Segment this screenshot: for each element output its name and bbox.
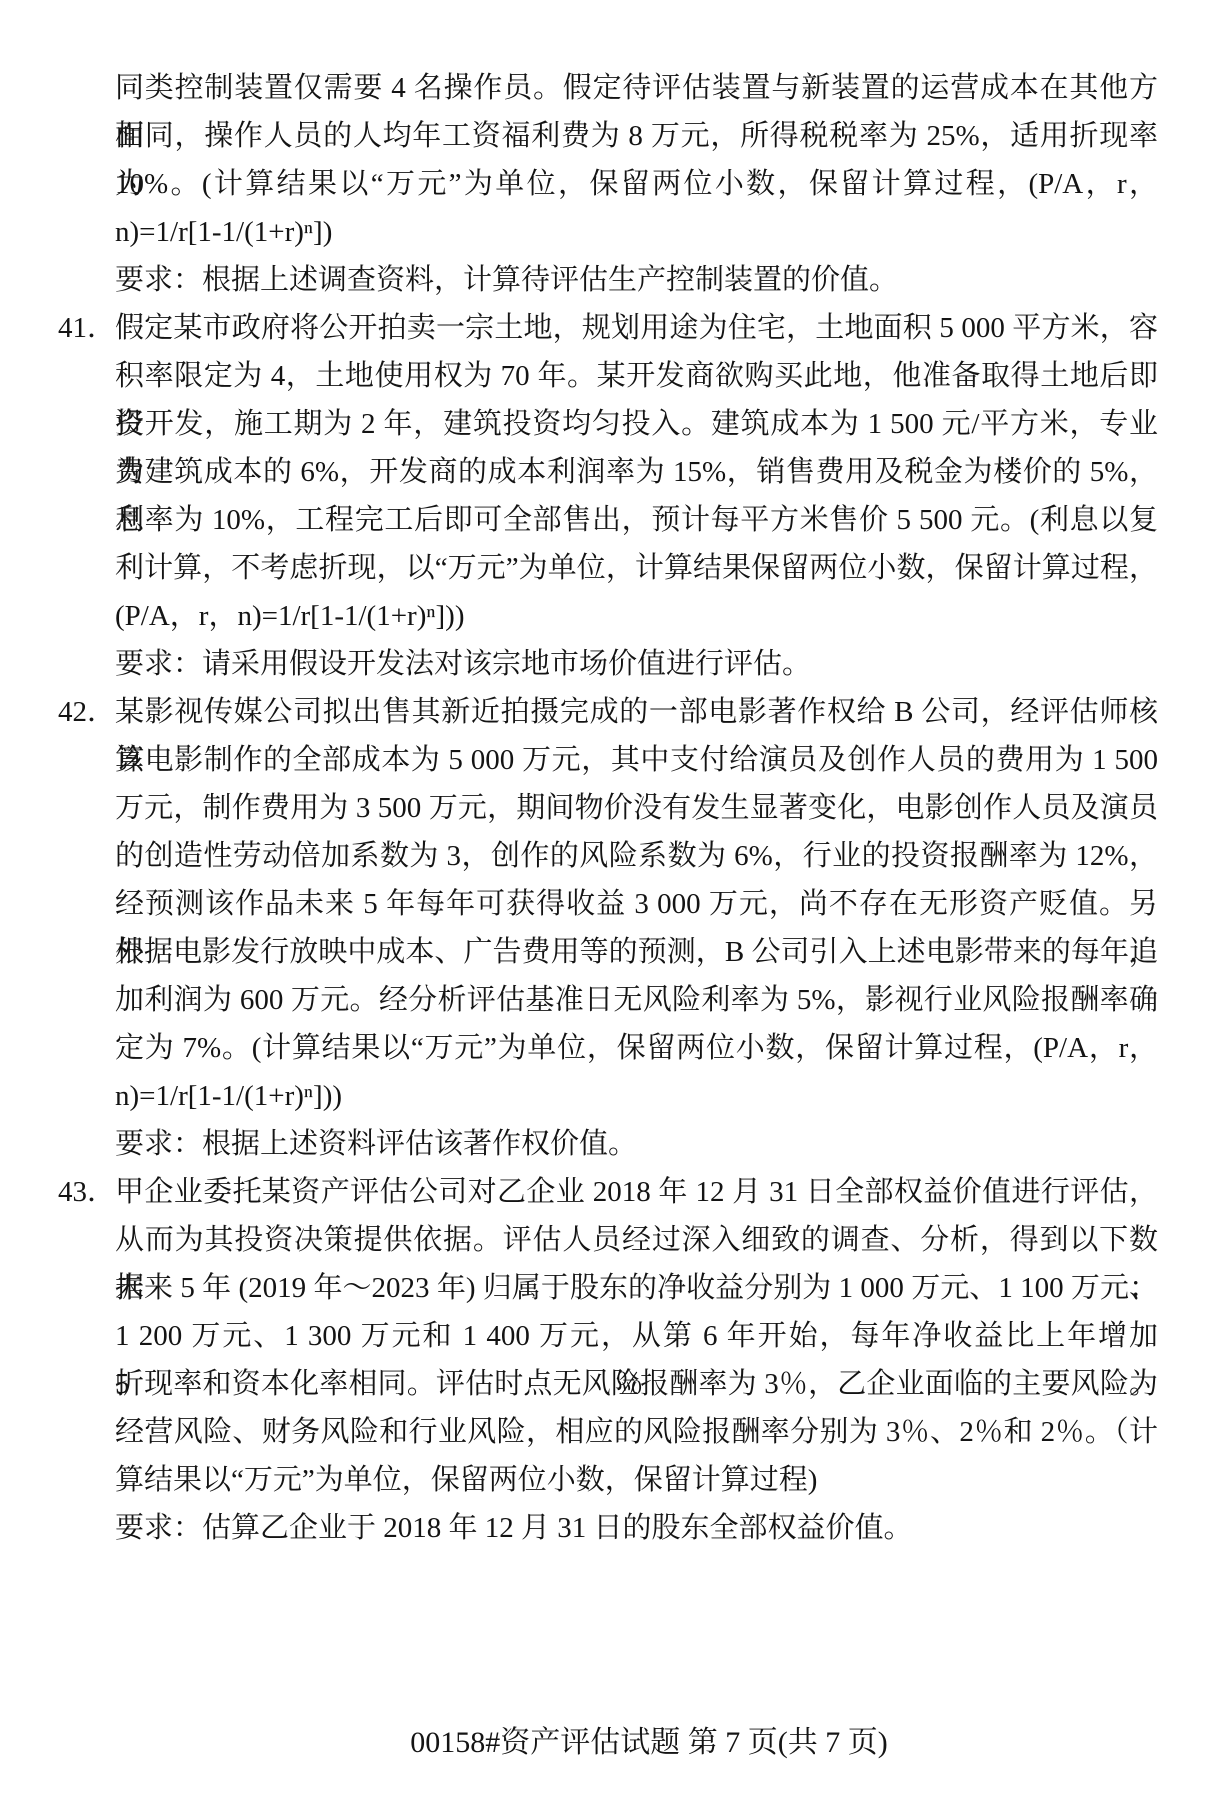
- q42-formula-line: n)=1/r[1-1/(1+r)ⁿ])): [115, 1072, 1158, 1120]
- q41-line-4: 为建筑成本的 6%，开发商的成本利润率为 15%，销售费用及税金为楼价的 5%，…: [115, 448, 1158, 496]
- q41-number: 41．: [58, 304, 116, 352]
- q41-line-3: 资开发，施工期为 2 年，建筑投资均匀投入。建筑成本为 1 500 元/平方米，…: [115, 400, 1158, 448]
- q41-line-5: 息率为 10%，工程完工后即可全部售出，预计每平方米售价 5 500 元。(利息…: [115, 496, 1158, 544]
- q43-line-5: 折现率和资本化率相同。评估时点无风险报酬率为 3％，乙企业面临的主要风险为: [115, 1360, 1158, 1408]
- q42-requirement: 要求：根据上述资料评估该著作权价值。: [115, 1120, 1158, 1168]
- q41-requirement: 要求：请采用假设开发法对该宗地市场价值进行评估。: [115, 640, 1158, 688]
- q41-first-line: 41．假定某市政府将公开拍卖一宗土地，规划用途为住宅，土地面积 5 000 平方…: [115, 304, 1158, 352]
- q43-number: 43．: [58, 1168, 116, 1216]
- page-footer: 00158#资产评估试题 第 7 页(共 7 页): [40, 1719, 1218, 1767]
- q41-line-1: 假定某市政府将公开拍卖一宗土地，规划用途为住宅，土地面积 5 000 平方米，容: [115, 312, 1158, 344]
- q42-number: 42．: [58, 688, 116, 736]
- q41-line-2: 积率限定为 4，土地使用权为 70 年。某开发商欲购买此地，他准备取得土地后即投: [115, 352, 1158, 400]
- q43-line-2: 从而为其投资决策提供依据。评估人员经过深入细致的调查、分析，得到以下数据：: [115, 1216, 1158, 1264]
- q40-line-2: 相同，操作人员的人均年工资福利费为 8 万元，所得税税率为 25%，适用折现率为: [115, 112, 1158, 160]
- q43-line-6: 经营风险、财务风险和行业风险，相应的风险报酬率分别为 3％、2％和 2％。（计: [115, 1408, 1158, 1456]
- q43-first-line: 43．甲企业委托某资产评估公司对乙企业 2018 年 12 月 31 日全部权益…: [115, 1168, 1158, 1216]
- q43-requirement: 要求：估算乙企业于 2018 年 12 月 31 日的股东全部权益价值。: [115, 1504, 1158, 1552]
- q42-line-2: 该电影制作的全部成本为 5 000 万元，其中支付给演员及创作人员的费用为 1 …: [115, 736, 1158, 784]
- q42-line-4: 的创造性劳动倍加系数为 3，创作的风险系数为 6%，行业的投资报酬率为 12%，: [115, 832, 1158, 880]
- q40-requirement: 要求：根据上述调查资料，计算待评估生产控制装置的价值。: [115, 256, 1158, 304]
- q41-formula-line: (P/A，r，n)=1/r[1-1/(1+r)ⁿ])): [115, 592, 1158, 640]
- q43-line-7: 算结果以“万元”为单位，保留两位小数，保留计算过程): [115, 1456, 1158, 1504]
- q42-line-6: 根据电影发行放映中成本、广告费用等的预测，B 公司引入上述电影带来的每年追: [115, 928, 1158, 976]
- q40-line-1: 同类控制装置仅需要 4 名操作员。假定待评估装置与新装置的运营成本在其他方面: [115, 64, 1158, 112]
- q40-line-3: 10%。(计算结果以“万元”为单位，保留两位小数，保留计算过程，(P/A，r，: [115, 160, 1158, 208]
- q41-line-6: 利计算，不考虑折现，以“万元”为单位，计算结果保留两位小数，保留计算过程，: [115, 544, 1158, 592]
- q42-line-7: 加利润为 600 万元。经分析评估基准日无风险利率为 5%，影视行业风险报酬率确: [115, 976, 1158, 1024]
- q42-first-line: 42．某影视传媒公司拟出售其新近拍摄完成的一部电影著作权给 B 公司，经评估师核…: [115, 688, 1158, 736]
- q42-line-8: 定为 7%。(计算结果以“万元”为单位，保留两位小数，保留计算过程，(P/A，r…: [115, 1024, 1158, 1072]
- exam-page: 同类控制装置仅需要 4 名操作员。假定待评估装置与新装置的运营成本在其他方面 相…: [0, 0, 1218, 1797]
- q42-line-5: 经预测该作品未来 5 年每年可获得收益 3 000 万元，尚不存在无形资产贬值。…: [115, 880, 1158, 928]
- q42-line-3: 万元，制作费用为 3 500 万元，期间物价没有发生显著变化，电影创作人员及演员: [115, 784, 1158, 832]
- q43-line-1: 甲企业委托某资产评估公司对乙企业 2018 年 12 月 31 日全部权益价值进…: [115, 1176, 1158, 1208]
- q43-line-3: 未来 5 年 (2019 年～2023 年) 归属于股东的净收益分别为 1 00…: [115, 1264, 1158, 1312]
- q43-line-4: 1 200 万元、1 300 万元和 1 400 万元，从第 6 年开始，每年净…: [115, 1312, 1158, 1360]
- q40-formula-line: n)=1/r[1-1/(1+r)ⁿ]): [115, 208, 1158, 256]
- exam-content: 同类控制装置仅需要 4 名操作员。假定待评估装置与新装置的运营成本在其他方面 相…: [115, 64, 1158, 1552]
